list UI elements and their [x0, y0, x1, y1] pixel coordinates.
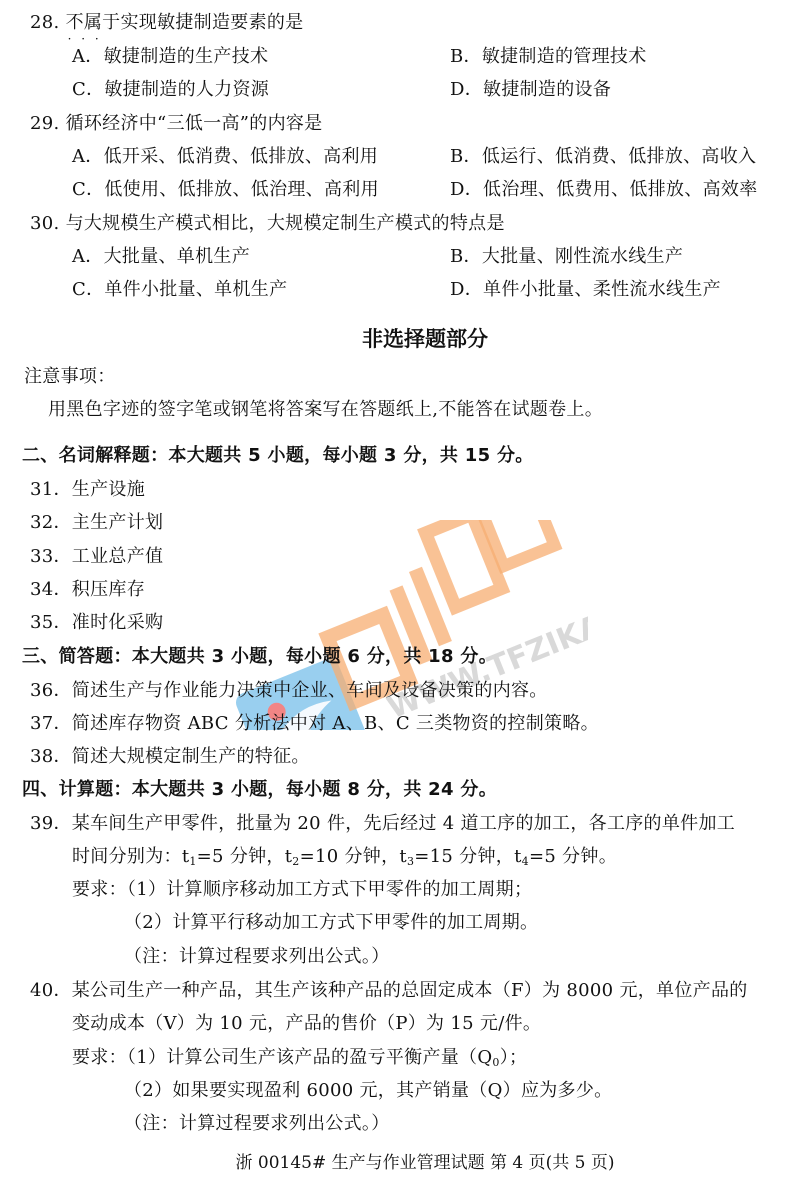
section-2-heading: 二、名词解释题：本大题共 5 小题，每小题 3 分，共 15 分。 — [22, 445, 534, 467]
q-subscript: 0 — [492, 1056, 499, 1069]
time-value: =10 分钟， — [300, 846, 400, 867]
question-40-line1: 40．某公司生产一种产品，其生产该种产品的总固定成本（F）为 8000 元，单位… — [30, 980, 748, 1002]
option-29-c: C．低使用、低排放、低治理、高利用 — [72, 179, 379, 201]
question-29-stem: 29. 循环经济中“三低一高”的内容是 — [30, 113, 322, 135]
question-40-line2: 变动成本（V）为 10 元，产品的售价（P）为 15 元/件。 — [72, 1013, 541, 1035]
option-28-d: D．敏捷制造的设备 — [450, 79, 611, 101]
question-39-times: 时间分别为：t1=5 分钟，t2=10 分钟，t3=15 分钟，t4=5 分钟。 — [72, 846, 617, 868]
section-4-heading: 四、计算题：本大题共 3 小题，每小题 8 分，共 24 分。 — [22, 779, 497, 801]
question-39-req1: 要求：（1）计算顺序移动加工方式下甲零件的加工周期； — [72, 879, 532, 901]
time-symbol: t — [399, 846, 407, 867]
time-value: =5 分钟， — [197, 846, 285, 867]
section-title: 非选择题部分 — [0, 326, 800, 352]
question-text: 与大规模生产模式相比，大规模定制生产模式的特点是 — [66, 213, 505, 234]
notice-label: 注意事项： — [24, 366, 116, 388]
term-34: 34．积压库存 — [30, 579, 145, 601]
option-29-d: D．低治理、低费用、低排放、高效率 — [450, 179, 758, 201]
time-subscript: 1 — [189, 855, 196, 868]
question-30-stem: 30. 与大规模生产模式相比，大规模定制生产模式的特点是 — [30, 213, 505, 235]
option-30-c: C．单件小批量、单机生产 — [72, 279, 287, 301]
time-value: =5 分钟。 — [529, 846, 617, 867]
emphasis-text: 不属于 — [66, 12, 121, 33]
question-text: 实现敏捷制造要素的是 — [120, 12, 303, 33]
time-subscript: 2 — [292, 855, 299, 868]
term-32: 32．主生产计划 — [30, 512, 163, 534]
question-number: 28. — [30, 12, 60, 33]
term-31: 31．生产设施 — [30, 479, 145, 501]
question-number: 30. — [30, 213, 60, 234]
option-30-b: B．大批量、刚性流水线生产 — [450, 246, 683, 268]
question-number: 29. — [30, 113, 60, 134]
time-t1: t1=5 分钟， — [182, 846, 285, 867]
question-40-note: （注：计算过程要求列出公式。） — [124, 1113, 390, 1135]
question-text: 循环经济中“三低一高”的内容是 — [66, 113, 323, 134]
notice-text: 用黑色字迹的签字笔或钢笔将答案写在答题纸上,不能答在试题卷上。 — [48, 399, 603, 421]
term-33: 33．工业总产值 — [30, 546, 163, 568]
question-39-req2: （2）计算平行移动加工方式下甲零件的加工周期。 — [124, 912, 538, 934]
time-t2: t2=10 分钟， — [285, 846, 400, 867]
exam-page: 28. 不属于实现敏捷制造要素的是 A．敏捷制造的生产技术 B．敏捷制造的管理技… — [0, 0, 800, 1188]
option-29-a: A．低开采、低消费、低排放、高利用 — [72, 146, 378, 168]
req1-suffix: ）； — [500, 1047, 528, 1068]
option-28-b: B．敏捷制造的管理技术 — [450, 46, 647, 68]
option-28-a: A．敏捷制造的生产技术 — [72, 46, 268, 68]
short-answer-38: 38．简述大规模定制生产的特征。 — [30, 746, 310, 768]
time-t3: t3=15 分钟， — [399, 846, 514, 867]
option-28-c: C．敏捷制造的人力资源 — [72, 79, 269, 101]
times-prefix: 时间分别为： — [72, 846, 182, 867]
page-footer: 浙 00145# 生产与作业管理试题 第 4 页(共 5 页) — [0, 1148, 800, 1173]
short-answer-37: 37．简述库存物资 ABC 分析法中对 A、B、C 三类物资的控制策略。 — [30, 713, 599, 735]
question-39-line1: 39．某车间生产甲零件，批量为 20 件，先后经过 4 道工序的加工，各工序的单… — [30, 813, 735, 835]
time-symbol: t — [514, 846, 522, 867]
option-30-d: D．单件小批量、柔性流水线生产 — [450, 279, 721, 301]
option-29-b: B．低运行、低消费、低排放、高收入 — [450, 146, 756, 168]
section-3-heading: 三、简答题：本大题共 3 小题，每小题 6 分，共 18 分。 — [22, 646, 497, 668]
time-t4: t4=5 分钟。 — [514, 846, 617, 867]
question-40-req1: 要求：（1）计算公司生产该产品的盈亏平衡产量（Q0）； — [72, 1047, 527, 1069]
term-35: 35．准时化采购 — [30, 612, 163, 634]
time-value: =15 分钟， — [414, 846, 514, 867]
question-39-note: （注：计算过程要求列出公式。） — [124, 946, 390, 968]
time-subscript: 4 — [522, 855, 529, 868]
question-28-stem: 28. 不属于实现敏捷制造要素的是 — [30, 12, 303, 34]
option-30-a: A．大批量、单机生产 — [72, 246, 250, 268]
short-answer-36: 36．简述生产与作业能力决策中企业、车间及设备决策的内容。 — [30, 680, 548, 702]
question-40-req2: （2）如果要实现盈利 6000 元，其产销量（Q）应为多少。 — [124, 1080, 612, 1102]
req1-text: 要求：（1）计算公司生产该产品的盈亏平衡产量（Q — [72, 1047, 492, 1068]
